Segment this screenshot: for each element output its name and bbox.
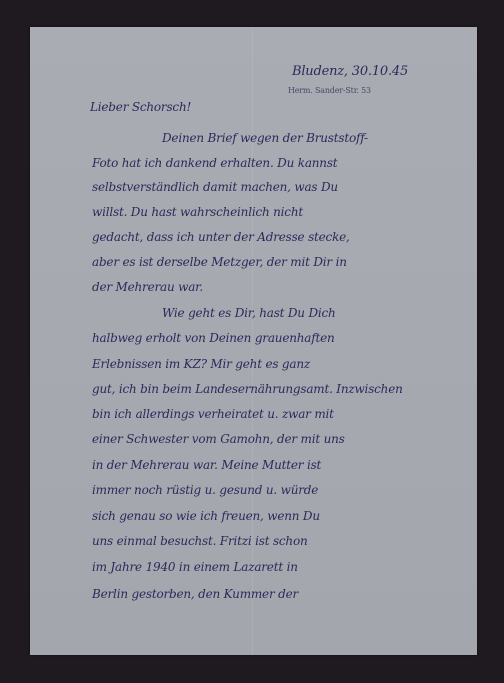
letter-line: der Mehrerau war. (92, 280, 203, 294)
sender-address: Herm. Sander-Str. 53 (288, 86, 371, 95)
salutation: Lieber Schorsch! (90, 100, 191, 114)
letter-line: Foto hat ich dankend erhalten. Du kannst (92, 156, 337, 170)
letter-line: sich genau so wie ich freuen, wenn Du (92, 509, 320, 523)
letter-line: uns einmal besuchst. Fritzi ist schon (92, 534, 308, 548)
letter-line: gedacht, dass ich unter der Adresse stec… (92, 230, 350, 244)
letter-line: einer Schwester vom Gamohn, der mit uns (92, 432, 345, 446)
letter-page: Bludenz, 30.10.45 Herm. Sander-Str. 53 L… (30, 27, 477, 655)
letter-line: gut, ich bin beim Landesernährungsamt. I… (92, 382, 403, 396)
letter-line: aber es ist derselbe Metzger, der mit Di… (92, 255, 347, 269)
letter-line: in der Mehrerau war. Meine Mutter ist (92, 458, 321, 472)
place-date: Bludenz, 30.10.45 (292, 64, 408, 79)
letter-line: selbstverständlich damit machen, was Du (92, 180, 338, 194)
letter-line: bin ich allerdings verheiratet u. zwar m… (92, 407, 334, 421)
letter-line: Erlebnissen im KZ? Mir geht es ganz (92, 357, 310, 371)
letter-line: willst. Du hast wahrscheinlich nicht (92, 205, 303, 219)
letter-line: im Jahre 1940 in einem Lazarett in (92, 560, 298, 574)
letter-line: Wie geht es Dir, hast Du Dich (162, 306, 336, 320)
letter-line: Berlin gestorben, den Kummer der (92, 587, 298, 601)
letter-line: halbweg erholt von Deinen grauenhaften (92, 331, 335, 345)
letter-line: immer noch rüstig u. gesund u. würde (92, 483, 318, 497)
letter-line: Deinen Brief wegen der Bruststoff- (162, 131, 368, 145)
